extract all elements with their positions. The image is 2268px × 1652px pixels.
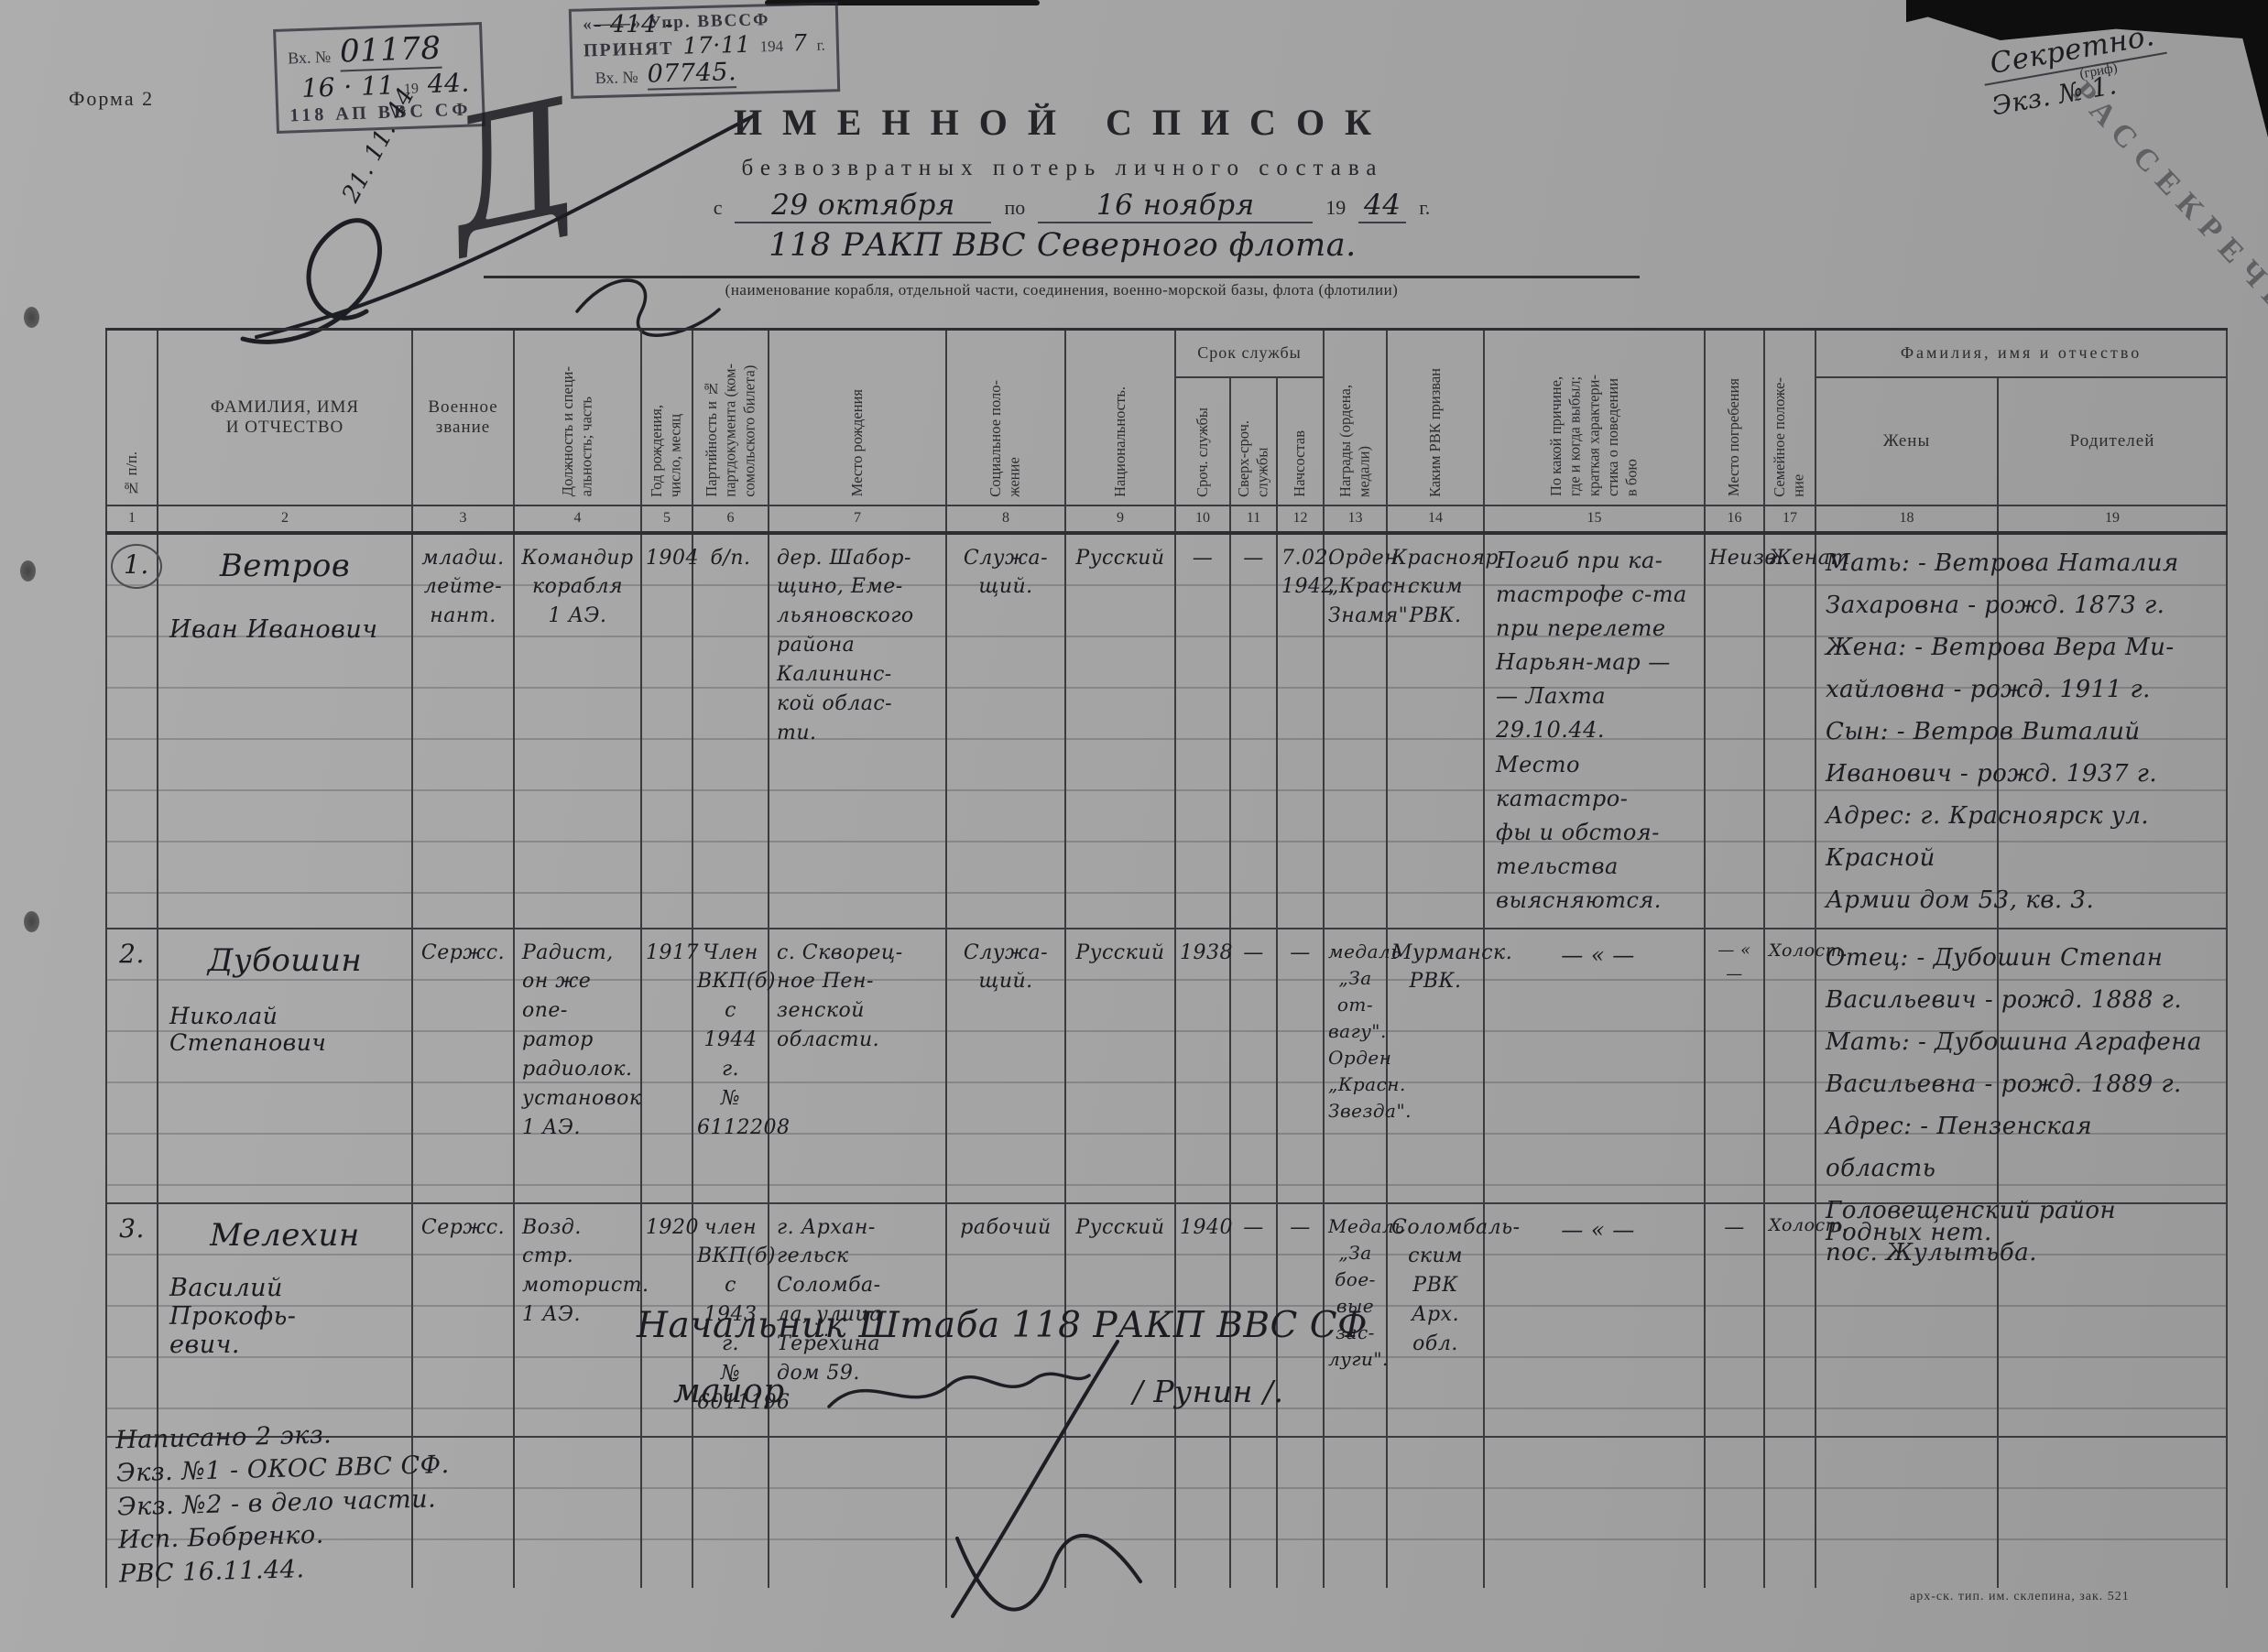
col-header-party: Партийность и № партдокумента (ком- сомо…: [692, 330, 769, 505]
cell-position: Командир корабля 1 АЭ.: [518, 544, 637, 632]
pen-flourish: [943, 1516, 1154, 1639]
accepted-stamp-date: 17·11: [682, 31, 751, 60]
cell-social: Служа- щий.: [951, 544, 1061, 603]
cell-birthplace: дер. Шабор- щино, Еме- льяновского район…: [773, 544, 942, 748]
cell-party: Член ВКП(б) с 1944 г. № 6112208: [697, 939, 764, 1143]
col-header-birthplace: Место рождения: [769, 330, 946, 505]
cell-position: Возд. стр. моторист. 1 АЭ.: [518, 1213, 637, 1331]
scanned-document-page: { "meta": { "form": "Форма 2", "page_num…: [0, 0, 2268, 1652]
col-header-service-regular: Сроч. службы: [1175, 377, 1230, 505]
cell-party: б/п.: [697, 544, 764, 573]
col-header-cause: По какой причине, где и когда выбыл; кра…: [1484, 330, 1705, 505]
row-number: 2.: [106, 929, 158, 1203]
cell-rank: Сержс.: [417, 939, 509, 968]
signatory-rank: майор: [673, 1373, 785, 1410]
cell-social: Служа- щий.: [951, 939, 1061, 997]
col-header-name: ФАМИЛИЯ, ИМЯ И ОТЧЕСТВО: [158, 330, 412, 505]
accepted-stamp-label: ПРИНЯТ: [583, 38, 674, 62]
cell-family: Мать: - Ветрова Наталия Захаровна - рожд…: [1826, 542, 2208, 921]
cell-service-extended: —: [1235, 1213, 1272, 1243]
cell-service-officer: 7.02. 1942: [1281, 544, 1319, 603]
cell-name: Дубошин Николай Степанович: [158, 929, 412, 1203]
cell-service-regular: 1938: [1180, 939, 1226, 968]
document-subtitle: безвозвратных потерь личного состава: [495, 156, 1630, 181]
cell-cause: — « —: [1496, 1213, 1700, 1247]
cell-service-officer: —: [1281, 939, 1319, 968]
cell-nationality: Русский: [1070, 1213, 1171, 1243]
printer-note: арх-ск. тип. им. склепина, зак. 521: [1910, 1590, 2130, 1604]
cell-marital: Холост.: [1769, 939, 1811, 964]
col-header-burial: Место погребения: [1705, 330, 1764, 505]
year-suffix: г.: [1419, 196, 1430, 220]
col-header-parents: Родителей: [1998, 377, 2227, 505]
cell-burial: — « —: [1709, 939, 1760, 986]
signatory-name: / Рунин /.: [1133, 1374, 1284, 1409]
year-print: 19: [1325, 196, 1346, 220]
col-header-rank: Военное звание: [412, 330, 514, 505]
cell-nationality: Русский: [1070, 544, 1171, 573]
col-header-awards: Награды (ордена, медали): [1324, 330, 1387, 505]
column-numbers-row: 123 456 789 101112 131415 161718 19: [106, 505, 2227, 533]
cell-birthplace: с. Скворец- ное Пен- зенской области.: [773, 939, 942, 1056]
to-label: по: [1004, 196, 1025, 220]
cell-social: рабочий: [951, 1213, 1061, 1243]
cell-service-extended: —: [1235, 544, 1272, 573]
cell-birth-year: 1904: [646, 544, 688, 573]
cell-service-officer: —: [1281, 1213, 1319, 1243]
punch-hole: [20, 560, 36, 581]
cell-rvk: Мурманск. РВК.: [1391, 939, 1479, 997]
cell-name: Мелехин Василий Прокофь- евич.: [158, 1203, 412, 1437]
col-header-num: № п/п.: [106, 330, 158, 505]
cell-burial: —: [1709, 1213, 1760, 1243]
col-header-nationality: Национальность.: [1065, 330, 1175, 505]
col-header-marital: Семейное положе- ние: [1764, 330, 1815, 505]
cell-marital: Женат.: [1769, 544, 1811, 573]
cell-cause: Погиб при ка- тастрофе с-та при перелете…: [1496, 544, 1700, 918]
col-header-position: Должность и специ- альность; часть: [514, 330, 641, 505]
punch-hole: [24, 307, 39, 328]
cell-position: Радист, он же опе- ратор радиолок. устан…: [518, 939, 637, 1143]
group-header-family: Фамилия, имя и отчество: [1815, 330, 2227, 377]
cell-awards: Орден „Красн. Знамя".: [1328, 544, 1382, 632]
group-header-service: Срок службы: [1175, 330, 1324, 377]
cell-birth-year: 1920: [646, 1213, 688, 1243]
col-header-service-extended: Сверх-сроч. службы: [1230, 377, 1277, 505]
cell-birth-year: 1917: [646, 939, 688, 968]
col-header-wife: Жены: [1815, 377, 1998, 505]
cell-burial: Неизв.: [1709, 544, 1760, 573]
casualty-row-1: 1. Ветров Иван Иванович младш. лейте- на…: [106, 533, 2227, 929]
cell-family: Родных нет.: [1826, 1212, 2208, 1254]
cell-cause: — « —: [1496, 939, 1700, 973]
col-header-birthyear: Год рождения, число, месяц: [641, 330, 692, 505]
accepted-stamp-year-suffix: г.: [816, 37, 825, 55]
cell-awards: медаль „За от- вагу". Орден „Красн. Звез…: [1328, 939, 1382, 1125]
cell-name: Ветров Иван Иванович: [158, 533, 412, 929]
unit-name: 118 РАКП ВВС Северного флота.: [495, 227, 1630, 264]
cell-service-extended: —: [1235, 939, 1272, 968]
cell-rank: младш. лейте- нант.: [417, 544, 509, 632]
from-label: с: [714, 196, 723, 220]
cell-service-regular: 1940: [1180, 1213, 1226, 1243]
period-line: с 29 октября по 16 ноября 19 44 г.: [586, 189, 1557, 223]
col-header-service-officer: Начсостав: [1277, 377, 1324, 505]
incoming-stamp-number: 01178: [339, 30, 442, 72]
to-date: 16 ноября: [1038, 189, 1313, 223]
incoming-stamp-label: Вх. №: [288, 48, 332, 69]
row-number: 3.: [106, 1203, 158, 1437]
row-number: 1.: [111, 544, 162, 589]
copies-note: Написано 2 экз. Экз. №1 - ОКОС ВВС СФ. Э…: [115, 1415, 505, 1592]
cell-marital: Холост.: [1769, 1213, 1811, 1239]
cell-nationality: Русский: [1070, 939, 1171, 968]
col-header-social: Социальное поло- жение: [946, 330, 1065, 505]
accepted-stamp-year: 7: [792, 29, 808, 56]
cell-service-regular: —: [1180, 544, 1226, 573]
from-date: 29 октября: [735, 189, 991, 223]
rule-line: [484, 276, 1640, 278]
form-label: Форма 2: [69, 87, 154, 111]
accepted-stamp-year-print: 194: [759, 38, 783, 57]
col-header-rvk: Каким РВК призван: [1387, 330, 1484, 505]
unit-caption: (наименование корабля, отдельной части, …: [484, 281, 1640, 299]
document-title: ИМЕННОЙ СПИСОК: [495, 101, 1630, 144]
casualty-row-2: 2. Дубошин Николай Степанович Сержс. Рад…: [106, 929, 2227, 1203]
punch-hole: [24, 911, 39, 932]
cell-rvk: Соломбаль- ским РВК Арх. обл.: [1391, 1213, 1479, 1359]
cell-rank: Сержс.: [417, 1213, 509, 1243]
year-hw: 44: [1358, 189, 1406, 223]
